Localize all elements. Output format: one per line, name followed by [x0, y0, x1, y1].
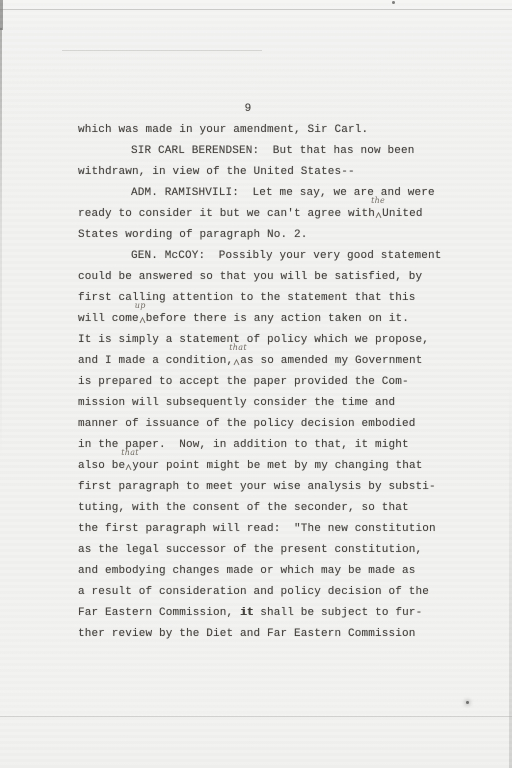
scan-speck-bottom — [466, 701, 469, 704]
typed-text-segment: first calling attention to the statement… — [78, 292, 416, 304]
scan-hairline-upper — [62, 50, 262, 51]
page-number: 9 — [78, 99, 418, 120]
typed-text-segment: as so amended my Government — [240, 355, 422, 367]
typed-line: first calling attention to the statement… — [78, 288, 418, 309]
typed-line: ther review by the Diet and Far Eastern … — [78, 624, 418, 645]
handwritten-insertion: up — [139, 311, 146, 321]
caret-icon — [125, 464, 132, 470]
scan-speck-top — [392, 1, 395, 4]
handwritten-word: up — [135, 302, 146, 310]
typed-text-segment: shall be subject to fur- — [254, 607, 423, 619]
typed-text-segment: as the legal successor of the present co… — [78, 544, 422, 556]
handwritten-insertion: the — [375, 206, 382, 216]
typed-line: and embodying changes made or which may … — [78, 561, 418, 582]
typed-line: the first paragraph will read: "The new … — [78, 519, 418, 540]
typed-text-segment: the first paragraph will read: "The new … — [78, 523, 436, 535]
typed-line: is prepared to accept the paper provided… — [78, 372, 418, 393]
typed-text-segment: could be answered so that you will be sa… — [78, 271, 422, 283]
typed-text-segment: GEN. McCOY: Possibly your very good stat… — [131, 250, 442, 262]
typed-line: manner of issuance of the policy decisio… — [78, 414, 418, 435]
handwritten-word: that — [121, 449, 139, 457]
handwritten-word: the — [371, 197, 385, 205]
handwritten-insertion: that — [125, 458, 132, 468]
typed-line: as the legal successor of the present co… — [78, 540, 418, 561]
typed-line: Far Eastern Commission, it shall be subj… — [78, 603, 418, 624]
typed-text-segment: States wording of paragraph No. 2. — [78, 229, 308, 241]
typed-text-segment: is prepared to accept the paper provided… — [78, 376, 409, 388]
typed-text-segment: ther review by the Diet and Far Eastern … — [78, 628, 416, 640]
typed-line: and I made a condition,thatas so amended… — [78, 351, 418, 372]
typed-text-segment: ADM. RAMISHVILI: Let me say, we are and … — [131, 187, 435, 199]
typed-text-segment: withdrawn, in view of the United States-… — [78, 166, 355, 178]
typed-text-segment: SIR CARL BERENDSEN: But that has now bee… — [131, 145, 415, 157]
scan-edge-left — [0, 28, 2, 458]
typed-line: It is simply a statement of policy which… — [78, 330, 418, 351]
typed-line: also bethatyour point might be met by my… — [78, 456, 418, 477]
typed-text-segment: before there is any action taken on it. — [146, 313, 409, 325]
caret-icon — [233, 359, 240, 365]
typed-text: which was made in your amendment, Sir Ca… — [78, 120, 418, 645]
typed-text-segment: manner of issuance of the policy decisio… — [78, 418, 416, 430]
typed-text-segment: tuting, with the consent of the seconder… — [78, 502, 409, 514]
typed-line: will comeupbefore there is any action ta… — [78, 309, 418, 330]
typed-line: a result of consideration and policy dec… — [78, 582, 418, 603]
typed-line: could be answered so that you will be sa… — [78, 267, 418, 288]
typed-line: ready to consider it but we can't agree … — [78, 204, 418, 225]
typed-line: withdrawn, in view of the United States-… — [78, 162, 418, 183]
typed-text-segment: United — [382, 208, 423, 220]
handwritten-insertion: that — [233, 353, 240, 363]
caret-icon — [375, 212, 382, 218]
scan-hairline-top — [0, 9, 512, 10]
typed-line: mission will subsequently consider the t… — [78, 393, 418, 414]
typed-text-segment: mission will subsequently consider the t… — [78, 397, 395, 409]
typed-text-segment: also be — [78, 460, 125, 472]
typed-line: tuting, with the consent of the seconder… — [78, 498, 418, 519]
typed-text-segment: your point might be met by my changing t… — [132, 460, 422, 472]
scan-edge-corner — [0, 0, 3, 30]
typed-line: GEN. McCOY: Possibly your very good stat… — [78, 246, 418, 267]
scanned-page: 9 which was made in your amendment, Sir … — [0, 0, 512, 768]
caret-icon — [139, 317, 146, 323]
typed-text-segment: It is simply a statement of policy which… — [78, 334, 429, 346]
overstruck-text: it — [240, 607, 254, 619]
typed-text-segment: first paragraph to meet your wise analys… — [78, 481, 436, 493]
handwritten-word: that — [229, 344, 247, 352]
typed-line: States wording of paragraph No. 2. — [78, 225, 418, 246]
typed-text-segment: ready to consider it but we can't agree … — [78, 208, 375, 220]
typed-line: SIR CARL BERENDSEN: But that has now bee… — [78, 141, 418, 162]
typed-text-segment: and embodying changes made or which may … — [78, 565, 416, 577]
typed-line: which was made in your amendment, Sir Ca… — [78, 120, 418, 141]
typed-line: first paragraph to meet your wise analys… — [78, 477, 418, 498]
typed-text-segment: a result of consideration and policy dec… — [78, 586, 429, 598]
scan-hairline-bottom — [0, 716, 512, 717]
typed-text-segment: and I made a condition, — [78, 355, 233, 367]
typed-text-segment: will come — [78, 313, 139, 325]
typed-line: ADM. RAMISHVILI: Let me say, we are and … — [78, 183, 418, 204]
typed-text-segment: which was made in your amendment, Sir Ca… — [78, 124, 368, 136]
typed-text-block: 9 which was made in your amendment, Sir … — [78, 99, 418, 645]
typed-text-segment: Far Eastern Commission, — [78, 607, 240, 619]
